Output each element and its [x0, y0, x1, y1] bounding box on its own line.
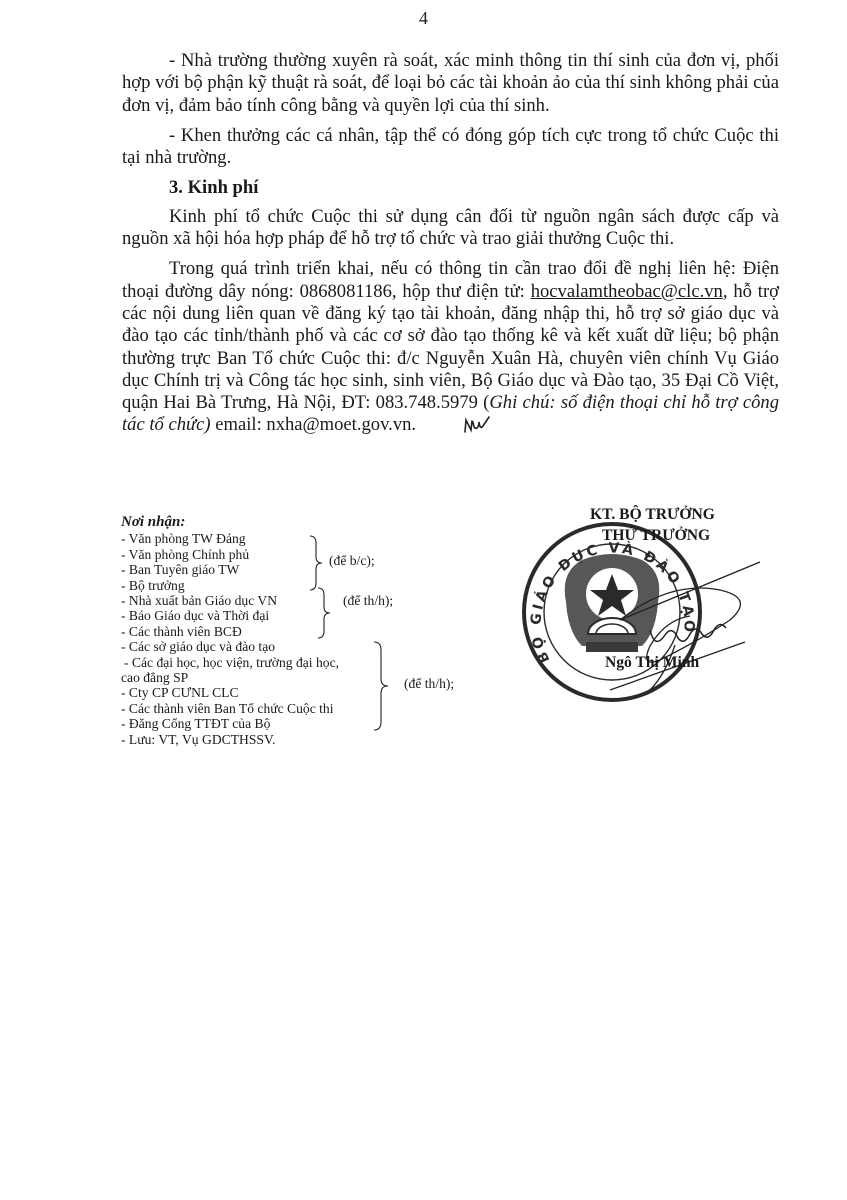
section-heading-funding: 3. Kinh phí [122, 177, 779, 199]
paragraph-funding: Kinh phí tổ chức Cuộc thi sử dụng cân đố… [122, 206, 779, 251]
signature-scribble-icon [580, 550, 770, 700]
recipients-title: Nơi nhận: [121, 515, 501, 530]
recipient-item: - Báo Giáo dục và Thời đại [121, 608, 501, 623]
recipient-group-label: (để th/h); [343, 593, 393, 608]
signature-block: BỘ GIÁO DỤC VÀ ĐÀO TẠO KT. BỘ TRƯỞNG THỨ… [520, 500, 770, 700]
recipient-group-implement-1: - Nhà xuất bản Giáo dục VN - Báo Giáo dụ… [121, 593, 501, 639]
hotline-email-link[interactable]: hocvalamtheobac@clc.vn [531, 281, 723, 302]
recipient-group-report: - Văn phòng TW Đảng - Văn phòng Chính ph… [121, 531, 501, 593]
recipient-item: - Các thành viên Ban Tổ chức Cuộc thi [121, 701, 501, 716]
recipient-archive: - Lưu: VT, Vụ GDCTHSSV. [121, 732, 501, 747]
signatory-subtitle: THỨ TRƯỞNG [602, 527, 710, 545]
paragraph-rewards: - Khen thưởng các cá nhân, tập thể có đó… [122, 125, 779, 170]
signatory-name: Ngô Thị Minh [605, 654, 699, 672]
brace-icon [373, 641, 389, 731]
paragraph-review-candidates: - Nhà trường thường xuyên rà soát, xác m… [122, 50, 779, 117]
recipient-item: - Các đại học, học viện, trường đại học, [121, 655, 501, 670]
recipient-item: - Nhà xuất bản Giáo dục VN [121, 593, 501, 608]
recipient-group-label: (để th/h); [404, 676, 454, 691]
brace-icon [317, 587, 331, 639]
brace-icon [309, 535, 323, 591]
recipient-group-label: (để b/c); [329, 553, 375, 568]
page-number: 4 [0, 8, 847, 29]
email-prefix: email: [211, 414, 267, 435]
signatory-title: KT. BỘ TRƯỞNG [590, 506, 715, 524]
contact-email: nxha@moet.gov.vn. [266, 414, 416, 435]
paragraph-contact: Trong quá trình triển khai, nếu có thông… [122, 258, 779, 436]
recipient-item: - Các sở giáo dục và đào tạo [121, 639, 501, 654]
recipient-group-implement-2: - Các sở giáo dục và đào tạo - Các đại h… [121, 639, 501, 731]
recipient-item: - Đăng Cổng TTĐT của Bộ [121, 716, 501, 731]
recipient-item: - Các thành viên BCĐ [121, 624, 501, 639]
document-body: - Nhà trường thường xuyên rà soát, xác m… [122, 50, 779, 445]
initials-mark-icon [416, 416, 444, 436]
recipients-block: Nơi nhận: - Văn phòng TW Đảng - Văn phòn… [121, 515, 501, 747]
